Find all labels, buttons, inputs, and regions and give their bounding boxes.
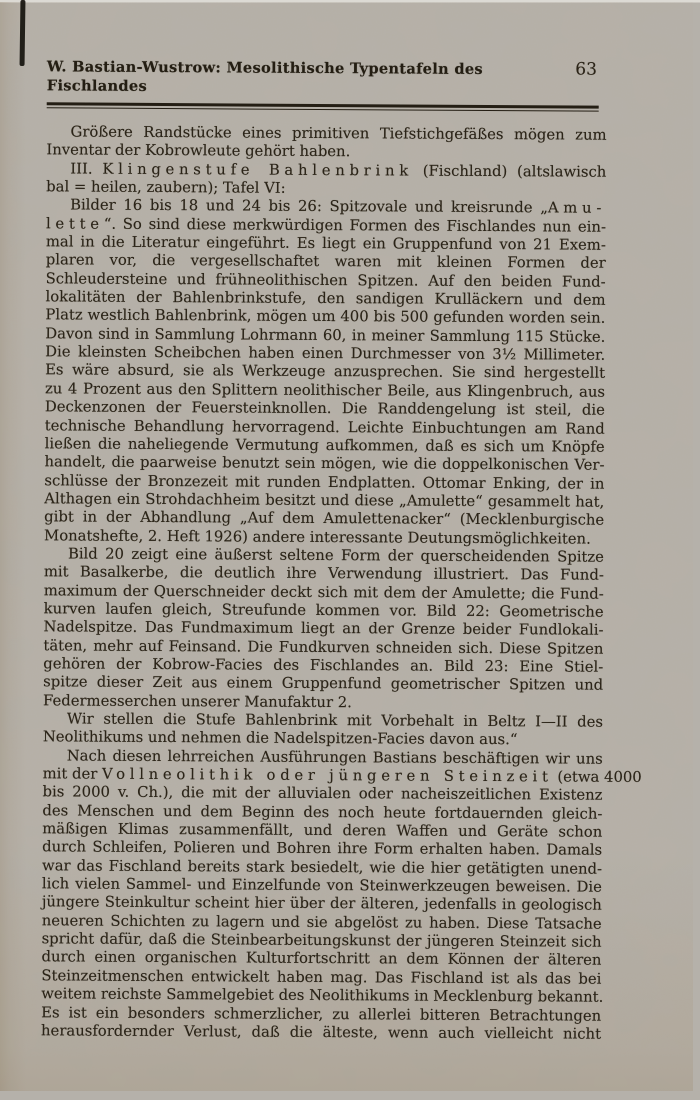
text-segment: Nach diesen lehrreichen Ausführungen Bas… xyxy=(67,747,603,767)
text-segment: zu 4 Prozent aus den Splittern neolithis… xyxy=(45,380,605,400)
text-segment: war das Fischland bereits stark besiedel… xyxy=(42,857,602,877)
text-segment: Steinzeitmenschen entwickelt haben mag. … xyxy=(41,967,601,987)
text-segment: Größere Randstücke eines primitiven Tief… xyxy=(70,123,606,143)
print-block: W. Bastian-Wustrow: Mesolithische Typent… xyxy=(41,56,603,1044)
text-segment: bis 2000 v. Ch.), die mit der alluvialen… xyxy=(42,784,602,804)
text-segment: Platz westlich Bahlenbrink, mögen um 400… xyxy=(45,307,605,327)
text-segment: Die kleinsten Scheibchen haben einen Dur… xyxy=(45,343,605,363)
book-page: W. Bastian-Wustrow: Mesolithische Typent… xyxy=(0,2,693,1091)
header-rule xyxy=(47,102,599,111)
text-segment: mit Basalkerbe, die deutlich ihre Verwen… xyxy=(44,564,604,584)
text-segment: plaren vor, die vergesellschaftet waren … xyxy=(46,252,606,272)
text-segment: lich vielen Sammel- und Einzelfunde von … xyxy=(42,875,602,895)
text-segment: neueren Schichten zu lagern und sie abge… xyxy=(42,912,602,932)
text-segment: technische Behandlung hervorragend. Leic… xyxy=(45,417,605,437)
letterspaced-text: Amu- xyxy=(548,200,606,217)
text-segment: mäßigen Klimas zusammenfällt, und deren … xyxy=(42,820,602,840)
text-segment: (Fischland) (altslawisch xyxy=(413,162,606,180)
text-segment: Inventar der Kobrowleute gehört haben. xyxy=(46,142,350,161)
text-segment: Neolithikums und nehmen die Nadelspitzen… xyxy=(43,729,518,749)
text-segment: Federmesserchen unserer Manufaktur 2. xyxy=(43,692,352,711)
text-segment: weitem reichste Sammelgebiet des Neolith… xyxy=(41,985,603,1005)
text-segment: Monatshefte, 2. Heft 1926) andere intere… xyxy=(44,527,591,547)
scan-artifact-mark xyxy=(20,0,26,66)
text-segment: Althagen ein Strohdachheim besitzt und d… xyxy=(44,490,604,510)
text-segment: kurven laufen gleich, Streufunde kommen … xyxy=(44,600,604,620)
text-segment: (etwa 4000 xyxy=(553,768,642,786)
text-segment: jüngere Steinkultur scheint hier über de… xyxy=(42,894,602,914)
text-segment: mal in die Literatur eingeführt. Es lieg… xyxy=(46,233,606,253)
text-segment: gehören der Kobrow-Facies des Fischlande… xyxy=(43,655,603,675)
text-segment: lokalitäten der Bahlenbrinkstufe, den sa… xyxy=(45,288,605,308)
text-segment: Schleudersteine und frühneolithischen Sp… xyxy=(46,270,606,290)
text-segment: maximum der Querschneider deckt sich mit… xyxy=(44,582,604,602)
letterspaced-text: Vollneolithik oder jüngeren Steinzeit xyxy=(102,766,553,786)
text-segment: III. xyxy=(70,160,102,177)
text-segment: Es ist ein besonders schmerzlicher, zu a… xyxy=(41,1004,601,1024)
text-segment: spitze dieser Zeit aus einem Gruppenfund… xyxy=(43,674,603,694)
text-segment: herausfordernder Verlust, daß die ältest… xyxy=(41,1022,601,1042)
letterspaced-text: lette xyxy=(46,215,104,232)
page-body: Größere Randstücke eines primitiven Tief… xyxy=(41,123,607,1044)
text-segment: durch einen organischen Kulturfortschrit… xyxy=(41,949,601,969)
text-segment: “. So sind diese merkwürdigen Formen des… xyxy=(104,215,606,235)
text-segment: des Menschen und dem Beginn des noch heu… xyxy=(42,802,602,822)
text-segment: schlüsse der Bronzezeit mit runden Endpl… xyxy=(44,472,604,492)
text-segment: Bilder 16 bis 18 und 24 bis 26: Spitzova… xyxy=(70,197,548,217)
text-segment: Davon sind in Sammlung Lohrmann 60, in m… xyxy=(45,325,605,345)
letterspaced-text: Klingenstufe Bahlenbrink xyxy=(102,160,413,179)
text-segment: Wir stellen die Stufe Bahlenbrink mit Vo… xyxy=(67,710,603,730)
text-segment: Deckenzonen der Feuersteinknollen. Die R… xyxy=(45,398,605,418)
text-segment: Es wäre absurd, sie als Werkzeuge anzusp… xyxy=(45,362,605,382)
text-segment: Bild 20 zeigt eine äußerst seltene Form … xyxy=(68,545,604,565)
text-segment: ließen die naheliegende Vermutung aufkom… xyxy=(45,435,605,455)
text-segment: Nadelspitze. Das Fundmaximum liegt an de… xyxy=(43,619,603,639)
text-segment: mit der xyxy=(43,765,103,782)
text-segment: täten, mehr auf Feinsand. Die Fundkurven… xyxy=(43,637,603,657)
page-number: 63 xyxy=(575,60,599,80)
running-header: W. Bastian-Wustrow: Mesolithische Typent… xyxy=(47,56,599,98)
header-title: W. Bastian-Wustrow: Mesolithische Typent… xyxy=(47,57,576,98)
text-segment: spricht dafür, daß die Steinbearbeitungs… xyxy=(42,930,602,950)
text-segment: durch Schleifen, Polieren und Bohren ihr… xyxy=(42,839,602,859)
text-segment: handelt, die paarweise benutzt sein möge… xyxy=(44,453,604,473)
text-segment: bal = heilen, zaubern); Tafel VI: xyxy=(46,178,286,196)
text-line: herausfordernder Verlust, daß die ältest… xyxy=(41,1022,601,1044)
text-segment: gibt in der Abhandlung „Auf dem Amulette… xyxy=(44,509,604,529)
